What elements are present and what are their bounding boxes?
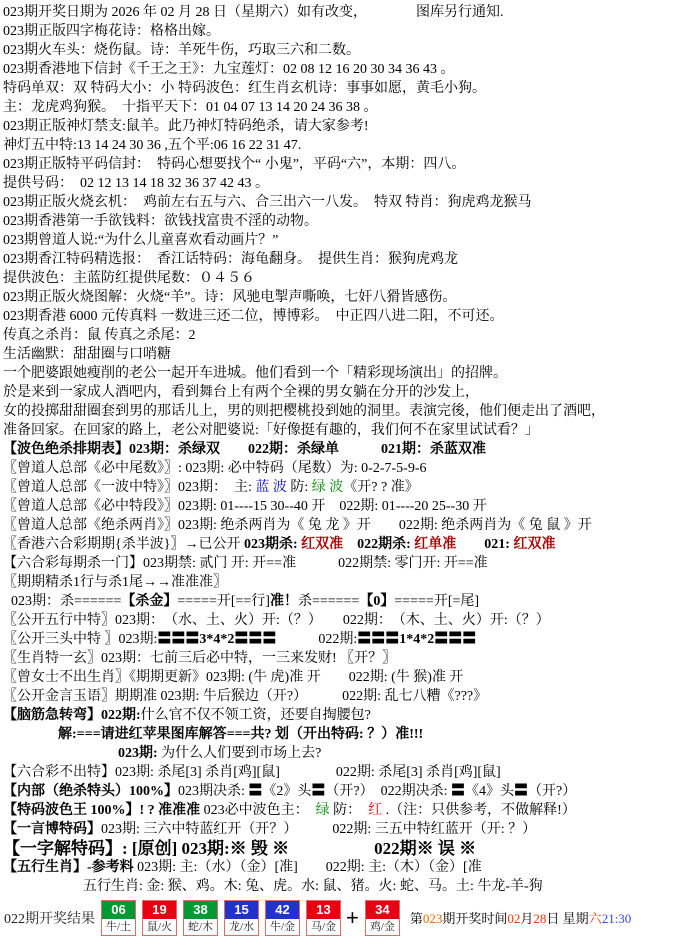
result-balls: 06牛/土19鼠/火38蛇/木15龙/水42牛/金13马/金 <box>95 900 341 936</box>
text-line: 〖曾道人总部《一波中特》〗023期： 主: 蓝 波 防: 绿 波《开? ? 准》 <box>3 478 688 497</box>
text-line: 【六合彩每期杀一门】023期禁: 贰门 开: 开==准 022期禁: 零门开: … <box>3 554 688 573</box>
text-segment: 023期杀: <box>244 537 301 552</box>
text-segment: 《4》头 <box>465 784 514 799</box>
text-segment: 【杀金】 <box>121 594 177 609</box>
result-ball: 15龙/水 <box>224 900 259 936</box>
text-line: 传真之杀肖：鼠 传真之杀尾：2 <box>3 326 688 345</box>
ball-number: 19 <box>143 901 176 919</box>
text-line: 023期香港 6000 元传真料 一数进三还二位，博博彩。 中正四八进二阳，不可… <box>3 307 688 326</box>
text-line: 023期火车头：烧伤鼠。诗：羊死牛伤，巧取三六和二数。 <box>3 41 688 60</box>
text-line: 023期香江特码精选报： 香江话特码：海龟翻身。 提供生肖：猴狗虎鸡龙 <box>3 250 688 269</box>
text-segment: 准备回家。在回家的路上，老公对肥婆说:「好像挺有趣的，我们何不在家里试试看？」 <box>3 423 539 438</box>
text-segment: 《2》头 <box>262 784 311 799</box>
text-segment: （开?） <box>528 784 576 799</box>
text-line: 提供号码： 02 12 13 14 18 32 36 37 42 43 。 <box>3 174 688 193</box>
ball-number: 34 <box>366 901 399 919</box>
text-segment: 提供波色：主蓝防红提供尾数：０４５６ <box>3 271 255 286</box>
text-segment: 〓 <box>514 784 528 799</box>
text-segment: 《开? ? 准》 <box>343 480 418 495</box>
text-segment: =====开[==行] <box>177 594 270 609</box>
text-line: 〖曾道人总部《绝杀两肖》〗023期: 绝杀两肖为《 兔 龙 》开 022期: 绝… <box>3 516 688 535</box>
text-line: 女的投掷甜甜圈套到男的那话儿上，男的则把樱桃投到她的洞里。表演完後，他们便走出了… <box>3 402 688 421</box>
text-segment: 021: <box>456 537 513 552</box>
text-line: 023期正版火烧图解：火烧“羊”。诗：风驰电掣声嘶唤，七奸八猾皆感伤。 <box>3 288 688 307</box>
next-draw-info: 第023期开奖时间02月28日 星期六21:30 <box>410 908 631 927</box>
text-segment: 023期决杀: <box>178 784 248 799</box>
ball-zodiac-element: 鸡/金 <box>366 919 399 935</box>
plus-sign: + <box>346 905 359 931</box>
text-line: 特码单双：双 特码大小：小 特码波色：红生肖玄机诗：事事如愿，黄毛小狗。 <box>3 79 688 98</box>
text-line: 【特码波色王 100%】! ? 准准准 023必中波色主： 绿 防： 红 .（注… <box>3 801 688 820</box>
text-segment: 21:30 <box>602 911 632 926</box>
text-line: 023期正版特平码信封： 特码心想要找个“ 小鬼”，平码“六”，本期：四八。 <box>3 155 688 174</box>
text-segment: 023期开奖日期为 2026 年 02 月 28 日（星期六）如有改变， 图库另… <box>3 5 504 20</box>
text-segment: 第 <box>410 911 423 926</box>
text-line: 生活幽默：甜甜圈与口哨糖 <box>3 345 688 364</box>
ball-zodiac-element: 牛/土 <box>102 919 135 935</box>
result-ball: 34鸡/金 <box>365 900 400 936</box>
text-segment: 【六合彩不出特】023期: 杀尾[3] 杀肖[鸡][鼠] 022期: 杀尾[3]… <box>3 765 501 780</box>
text-segment: 〖公开金言玉语〗期期准 023期: 牛后猴边（开?） 022期: 乱七八糟《??… <box>3 689 487 704</box>
text-segment: （开?） 022期决杀: <box>325 784 451 799</box>
text-segment: 主：龙虎鸡狗猴。 十指平天下：01 04 07 13 14 20 24 36 3… <box>3 100 378 115</box>
text-segment: 防: <box>287 480 312 495</box>
text-line: 023期香港第一手欲钱料：欲钱找富贵不淫的动物。 <box>3 212 688 231</box>
text-line: 〖曾道人总部《必中尾数》〗: 023期: 必中特码（尾数）为: 0-2-7-5-… <box>3 459 688 478</box>
text-segment: 〖曾道人总部《绝杀两肖》〗023期: 绝杀两肖为《 兔 龙 》开 022期: 绝… <box>3 518 592 533</box>
text-segment: 防： <box>330 803 369 818</box>
text-segment: 〖香港六合彩期期{杀半波}〗→已公开 <box>3 537 244 552</box>
text-segment: 〓 <box>311 784 325 799</box>
text-segment: 【特码波色王 100%】! ? 准准准 <box>3 803 204 818</box>
text-line: 【波色绝杀排期表】023期：杀绿双 022期：杀绿单 021期：杀蓝双准 <box>3 440 688 459</box>
text-segment: 〓〓〓3*4*2〓〓〓 <box>157 632 276 647</box>
text-segment: 红 <box>368 803 382 818</box>
text-segment: 023期香港第一手欲钱料：欲钱找富贵不淫的动物。 <box>3 214 318 229</box>
special-ball-slot: 34鸡/金 <box>359 900 400 936</box>
text-line: 【一言博特码】023期: 三六中特蓝红开（开？） 022期: 三五中特红蓝开（开… <box>3 820 688 839</box>
text-segment: .（注：只供参考，不做解释!） <box>382 803 576 818</box>
text-segment: 於是来到一家成人酒吧内，看到舞台上有两个全裸的男女躺在分开的沙发上， <box>3 385 479 400</box>
ball-zodiac-element: 马/金 <box>307 919 340 935</box>
text-segment: 期开奖时间 <box>442 911 507 926</box>
text-segment: 【脑筋急转弯】022期: <box>3 708 141 723</box>
text-segment: 【一言博特码】 <box>3 822 101 837</box>
text-segment: 为什么人们要到市场上去? <box>161 746 321 761</box>
text-segment: 〓〓〓1*4*2〓〓〓 <box>357 632 476 647</box>
text-line: 【五行生肖】-参考料 023期: 主:（水）（金）[准] 022期: 主:（木）… <box>3 858 688 877</box>
text-segment: 〖曾道人总部《必中尾数》〗: 023期: 必中特码（尾数）为: 0-2-7-5-… <box>3 461 426 476</box>
result-label: 022期开奖结果 <box>4 908 95 928</box>
text-segment: 〖公开三头中特 〗023期: <box>3 632 157 647</box>
results-bar: 022期开奖结果 06牛/土19鼠/火38蛇/木15龙/水42牛/金13马/金 … <box>0 896 688 939</box>
text-line: 023期开奖日期为 2026 年 02 月 28 日（星期六）如有改变， 图库另… <box>3 3 688 22</box>
text-line: 〖公开三头中特 〗023期:〓〓〓3*4*2〓〓〓 022期:〓〓〓1*4*2〓… <box>3 630 688 649</box>
text-segment: 〖期期精杀1行与杀1尾→→准准准〗 <box>3 575 227 590</box>
text-segment: 女的投掷甜甜圈套到男的那话儿上，男的则把樱桃投到她的洞里。表演完後，他们便走出了… <box>3 404 605 419</box>
text-segment: 28 <box>533 911 546 926</box>
text-segment: 【波色绝杀排期表】023期：杀绿双 022期：杀绿单 021期：杀蓝双准 <box>3 442 486 457</box>
text-segment: 【内部（绝杀特头）100%】 <box>3 784 178 799</box>
text-line: 解:===请进红苹果图库解答===共? 划（开出特码: ？）准!!! <box>3 725 688 744</box>
text-segment: 023期正版神灯禁支:鼠羊。此乃神灯特码绝杀，请大家参考! <box>3 119 369 134</box>
text-line: 023期：杀======【杀金】=====开[==行]准！杀======【0】=… <box>3 592 688 611</box>
text-line: 023期曾道人说:“为什么儿童喜欢看动画片？” <box>3 231 688 250</box>
text-segment: 五行生肖: 金: 猴、鸡。木: 兔、虎。水: 鼠、猪。火: 蛇、马。土: 牛龙-… <box>83 879 543 894</box>
ball-zodiac-element: 鼠/火 <box>143 919 176 935</box>
result-ball: 38蛇/木 <box>183 900 218 936</box>
text-segment: 〓 <box>248 784 262 799</box>
text-line: 023期正版神灯禁支:鼠羊。此乃神灯特码绝杀，请大家参考! <box>3 117 688 136</box>
text-segment: 〖曾道人总部《一波中特》〗023期： 主: <box>3 480 255 495</box>
text-segment: 六 <box>589 911 602 926</box>
text-line: 准备回家。在回家的路上，老公对肥婆说:「好像挺有趣的，我们何不在家里试试看？」 <box>3 421 688 440</box>
text-segment: 023期: 三六中特蓝红开（开？） 022期: 三五中特红蓝开（开: ？） <box>101 822 536 837</box>
ball-number: 42 <box>266 901 299 919</box>
text-segment: 一个肥婆跟她瘦削的老公一起开车进城。他们看到一个「精彩现场演出」的招牌。 <box>3 366 507 381</box>
text-line: 五行生肖: 金: 猴、鸡。木: 兔、虎。水: 鼠、猪。火: 蛇、马。土: 牛龙-… <box>3 877 688 896</box>
text-segment: 解:===请进红苹果图库解答===共? 划（开出特码: ？）准!!! <box>58 727 423 742</box>
text-segment: 准！ <box>270 594 298 609</box>
text-segment: 传真之杀肖：鼠 传真之杀尾：2 <box>3 328 196 343</box>
ball-number: 13 <box>307 901 340 919</box>
ball-zodiac-element: 蛇/木 <box>184 919 217 935</box>
text-line: 主：龙虎鸡狗猴。 十指平天下：01 04 07 13 14 20 24 36 3… <box>3 98 688 117</box>
text-segment: 023期正版火烧图解：火烧“羊”。诗：风驰电掣声嘶唤，七奸八猾皆感伤。 <box>3 290 456 305</box>
text-segment: 023期香港 6000 元传真料 一数进三还二位，博博彩。 中正四八进二阳，不可… <box>3 309 504 324</box>
text-segment: 023期正版火烧玄机： 鸡前左右五与六、合三出六一八发。 特双 特肖：狗虎鸡龙猴… <box>3 195 532 210</box>
text-segment: 红双准 <box>301 537 343 552</box>
text-segment: 特码单双：双 特码大小：小 特码波色：红生肖玄机诗：事事如愿，黄毛小狗。 <box>3 81 486 96</box>
text-line: 提供波色：主蓝防红提供尾数：０４５６ <box>3 269 688 288</box>
text-line: 023期正版四字梅花诗：格格出嫁。 <box>3 22 688 41</box>
text-segment: 023期香港地下信封《千王之王》：九宝莲灯：02 08 12 16 20 30 … <box>3 62 455 77</box>
text-line: 〖曾女士不出生肖〗《期期更新》023期: (牛 虎)准 开 022期: (牛 猴… <box>3 668 688 687</box>
text-line: 神灯五中特:13 14 24 30 36 ,五个平:06 16 22 31 47… <box>3 136 688 155</box>
result-ball: 13马/金 <box>306 900 341 936</box>
text-segment: 生活幽默：甜甜圈与口哨糖 <box>3 347 171 362</box>
text-line: 一个肥婆跟她瘦削的老公一起开车进城。他们看到一个「精彩现场演出」的招牌。 <box>3 364 688 383</box>
text-segment: 月 <box>520 911 533 926</box>
text-segment: 蓝 波 <box>255 480 287 495</box>
ball-number: 15 <box>225 901 258 919</box>
text-line: 〖曾道人总部《必中特段》〗023期: 01----15 30--40 开 022… <box>3 497 688 516</box>
ball-number: 38 <box>184 901 217 919</box>
text-segment: 【六合彩每期杀一门】023期禁: 贰门 开: 开==准 022期禁: 零门开: … <box>3 556 488 571</box>
text-segment: 红双准 <box>513 537 555 552</box>
text-line: 〖生肖特一玄〗023期：七前三后必中特，一三来发财! 〖开？〗 <box>3 649 688 668</box>
text-segment: 红单准 <box>414 537 456 552</box>
text-segment: 023期曾道人说:“为什么儿童喜欢看动画片？” <box>3 233 278 248</box>
ball-zodiac-element: 龙/水 <box>225 919 258 935</box>
text-line: 023期正版火烧玄机： 鸡前左右五与六、合三出六一八发。 特双 特肖：狗虎鸡龙猴… <box>3 193 688 212</box>
text-line: 〖期期精杀1行与杀1尾→→准准准〗 <box>3 573 688 592</box>
text-line: 〖公开金言玉语〗期期准 023期: 牛后猴边（开?） 022期: 乱七八糟《??… <box>3 687 688 706</box>
result-ball: 42牛/金 <box>265 900 300 936</box>
text-segment: 022期: <box>276 632 357 647</box>
text-line: 於是来到一家成人酒吧内，看到舞台上有两个全裸的男女躺在分开的沙发上， <box>3 383 688 402</box>
text-segment: 〖生肖特一玄〗023期：七前三后必中特，一三来发财! 〖开？〗 <box>3 651 396 666</box>
text-segment: 绿 波 <box>312 480 344 495</box>
text-segment: 023期香江特码精选报： 香江话特码：海龟翻身。 提供生肖：猴狗虎鸡龙 <box>3 252 458 267</box>
ball-number: 06 <box>102 901 135 919</box>
text-segment: 023 <box>423 911 443 926</box>
text-segment: 提供号码： 02 12 13 14 18 32 36 37 42 43 。 <box>3 176 269 191</box>
text-segment: 02 <box>507 911 520 926</box>
text-segment: 日 星期 <box>546 911 588 926</box>
text-segment: 〖曾道人总部《必中特段》〗023期: 01----15 30--40 开 022… <box>3 499 487 514</box>
text-segment: 〓 <box>451 784 465 799</box>
text-segment: 022期杀: <box>343 537 414 552</box>
text-segment: 023期正版四字梅花诗：格格出嫁。 <box>3 24 220 39</box>
text-segment: 023期: <box>118 746 161 761</box>
text-segment: 神灯五中特:13 14 24 30 36 ,五个平:06 16 22 31 47… <box>3 138 301 153</box>
lottery-tip-sheet: 023期开奖日期为 2026 年 02 月 28 日（星期六）如有改变， 图库另… <box>0 0 688 939</box>
text-segment: 023期：杀====== <box>11 594 121 609</box>
text-segment: 什么官不仅不领工资，还要自掏腰包? <box>141 708 371 723</box>
ball-zodiac-element: 牛/金 <box>266 919 299 935</box>
text-segment: 绿 <box>316 803 330 818</box>
text-segment: 【0】 <box>359 594 394 609</box>
text-segment: 〖曾女士不出生肖〗《期期更新》023期: (牛 虎)准 开 022期: (牛 猴… <box>3 670 463 685</box>
text-segment: 【五行生肖】-参考料 <box>3 860 137 875</box>
result-ball: 06牛/土 <box>101 900 136 936</box>
text-segment: 023期火车头：烧伤鼠。诗：羊死牛伤，巧取三六和二数。 <box>3 43 360 58</box>
text-line: 【脑筋急转弯】022期:什么官不仅不领工资，还要自掏腰包? <box>3 706 688 725</box>
text-segment: 023必中波色主： <box>204 803 316 818</box>
text-segment: =====开[=尾] <box>394 594 479 609</box>
text-line: 【一字解特码】: [原创] 023期:※ 毁 ※ 022期※ 误 ※ <box>3 839 688 858</box>
text-line: 〖公开五行中特〗023期： （水、土、火）开:（？） 022期： （木、土、火）… <box>3 611 688 630</box>
text-segment: 023期: 主:（水）（金）[准] 022期: 主:（木）（金）[准 <box>137 860 482 875</box>
text-segment: 【一字解特码】: [原创] 023期:※ 毁 ※ 022期※ 误 ※ <box>3 839 476 858</box>
text-line: 023期: 为什么人们要到市场上去? <box>3 744 688 763</box>
content-lines: 023期开奖日期为 2026 年 02 月 28 日（星期六）如有改变， 图库另… <box>0 0 688 896</box>
text-line: 023期香港地下信封《千王之王》：九宝莲灯：02 08 12 16 20 30 … <box>3 60 688 79</box>
result-ball: 19鼠/火 <box>142 900 177 936</box>
text-segment: 023期正版特平码信封： 特码心想要找个“ 小鬼”，平码“六”，本期：四八。 <box>3 157 465 172</box>
text-line: 〖香港六合彩期期{杀半波}〗→已公开 023期杀: 红双准 022期杀: 红单准… <box>3 535 688 554</box>
text-line: 【六合彩不出特】023期: 杀尾[3] 杀肖[鸡][鼠] 022期: 杀尾[3]… <box>3 763 688 782</box>
text-line: 【内部（绝杀特头）100%】023期决杀: 〓《2》头〓（开?） 022期决杀:… <box>3 782 688 801</box>
text-segment: 杀====== <box>298 594 359 609</box>
text-segment: 〖公开五行中特〗023期： （水、土、火）开:（？） 022期： （木、土、火）… <box>3 613 550 628</box>
